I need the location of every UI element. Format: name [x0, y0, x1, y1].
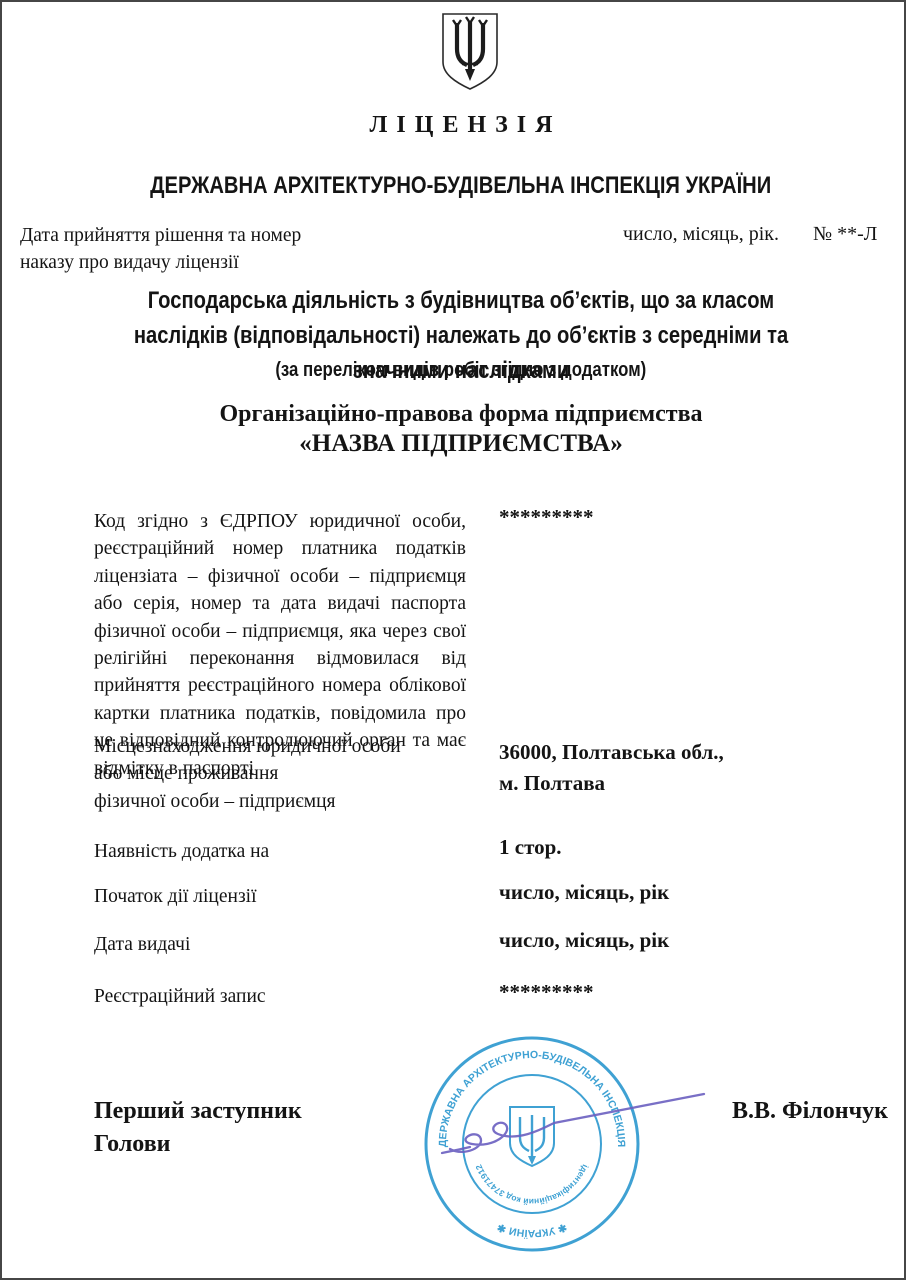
field-value-annex: 1 стор. [499, 835, 562, 860]
field-value-edrpou-code: ********* [499, 505, 594, 530]
field-value-issue-date: число, місяць, рік [499, 928, 669, 953]
field-value-registration-record: ********* [499, 980, 594, 1005]
field-label-location: Місцезнаходження юридичної особи або міс… [94, 733, 401, 815]
authority-name-text: ДЕРЖАВНА АРХІТЕКТУРНО-БУДІВЕЛЬНА ІНСПЕКЦ… [150, 172, 771, 200]
signer-title: Перший заступник Голови [94, 1095, 302, 1161]
company-name: «НАЗВА ПІДПРИЄМСТВА» [20, 430, 902, 458]
signer-name: В.В. Філончук [732, 1098, 888, 1125]
authority-name: ДЕРЖАВНА АРХІТЕКТУРНО-БУДІВЕЛЬНА ІНСПЕКЦ… [20, 172, 902, 200]
field-value-license-start: число, місяць, рік [499, 880, 669, 905]
field-label-registration-record: Реєстраційний запис [94, 983, 266, 1010]
decision-date-placeholder: число, місяць, рік. [623, 223, 779, 246]
svg-text:✱ УКРАЇНИ ✱: ✱ УКРАЇНИ ✱ [496, 1221, 569, 1240]
license-title: ЛІЦЕНЗІЯ [20, 112, 902, 139]
tryzub-icon [440, 12, 500, 92]
activity-note: (за переліком видів робіт згідно з додат… [20, 359, 902, 382]
license-document: ЛІЦЕНЗІЯ ДЕРЖАВНА АРХІТЕКТУРНО-БУДІВЕЛЬН… [0, 0, 906, 1280]
activity-note-text: (за переліком видів робіт згідно з додат… [276, 359, 647, 382]
field-value-location: 36000, Полтавська обл., м. Полтава [499, 737, 724, 799]
field-label-issue-date: Дата видачі [94, 931, 190, 958]
field-label-license-start: Початок дії ліцензії [94, 883, 257, 910]
decision-label: Дата прийняття рішення та номер наказу п… [20, 222, 301, 276]
stamp-ring-bottom-text: ✱ УКРАЇНИ ✱ [496, 1221, 569, 1240]
org-form-label: Організаційно-правова форма підприємства [20, 401, 902, 428]
tryzub-base [465, 69, 475, 81]
signature [422, 1077, 722, 1167]
decision-number: № **-Л [813, 223, 877, 246]
field-label-annex: Наявність додатка на [94, 838, 269, 865]
